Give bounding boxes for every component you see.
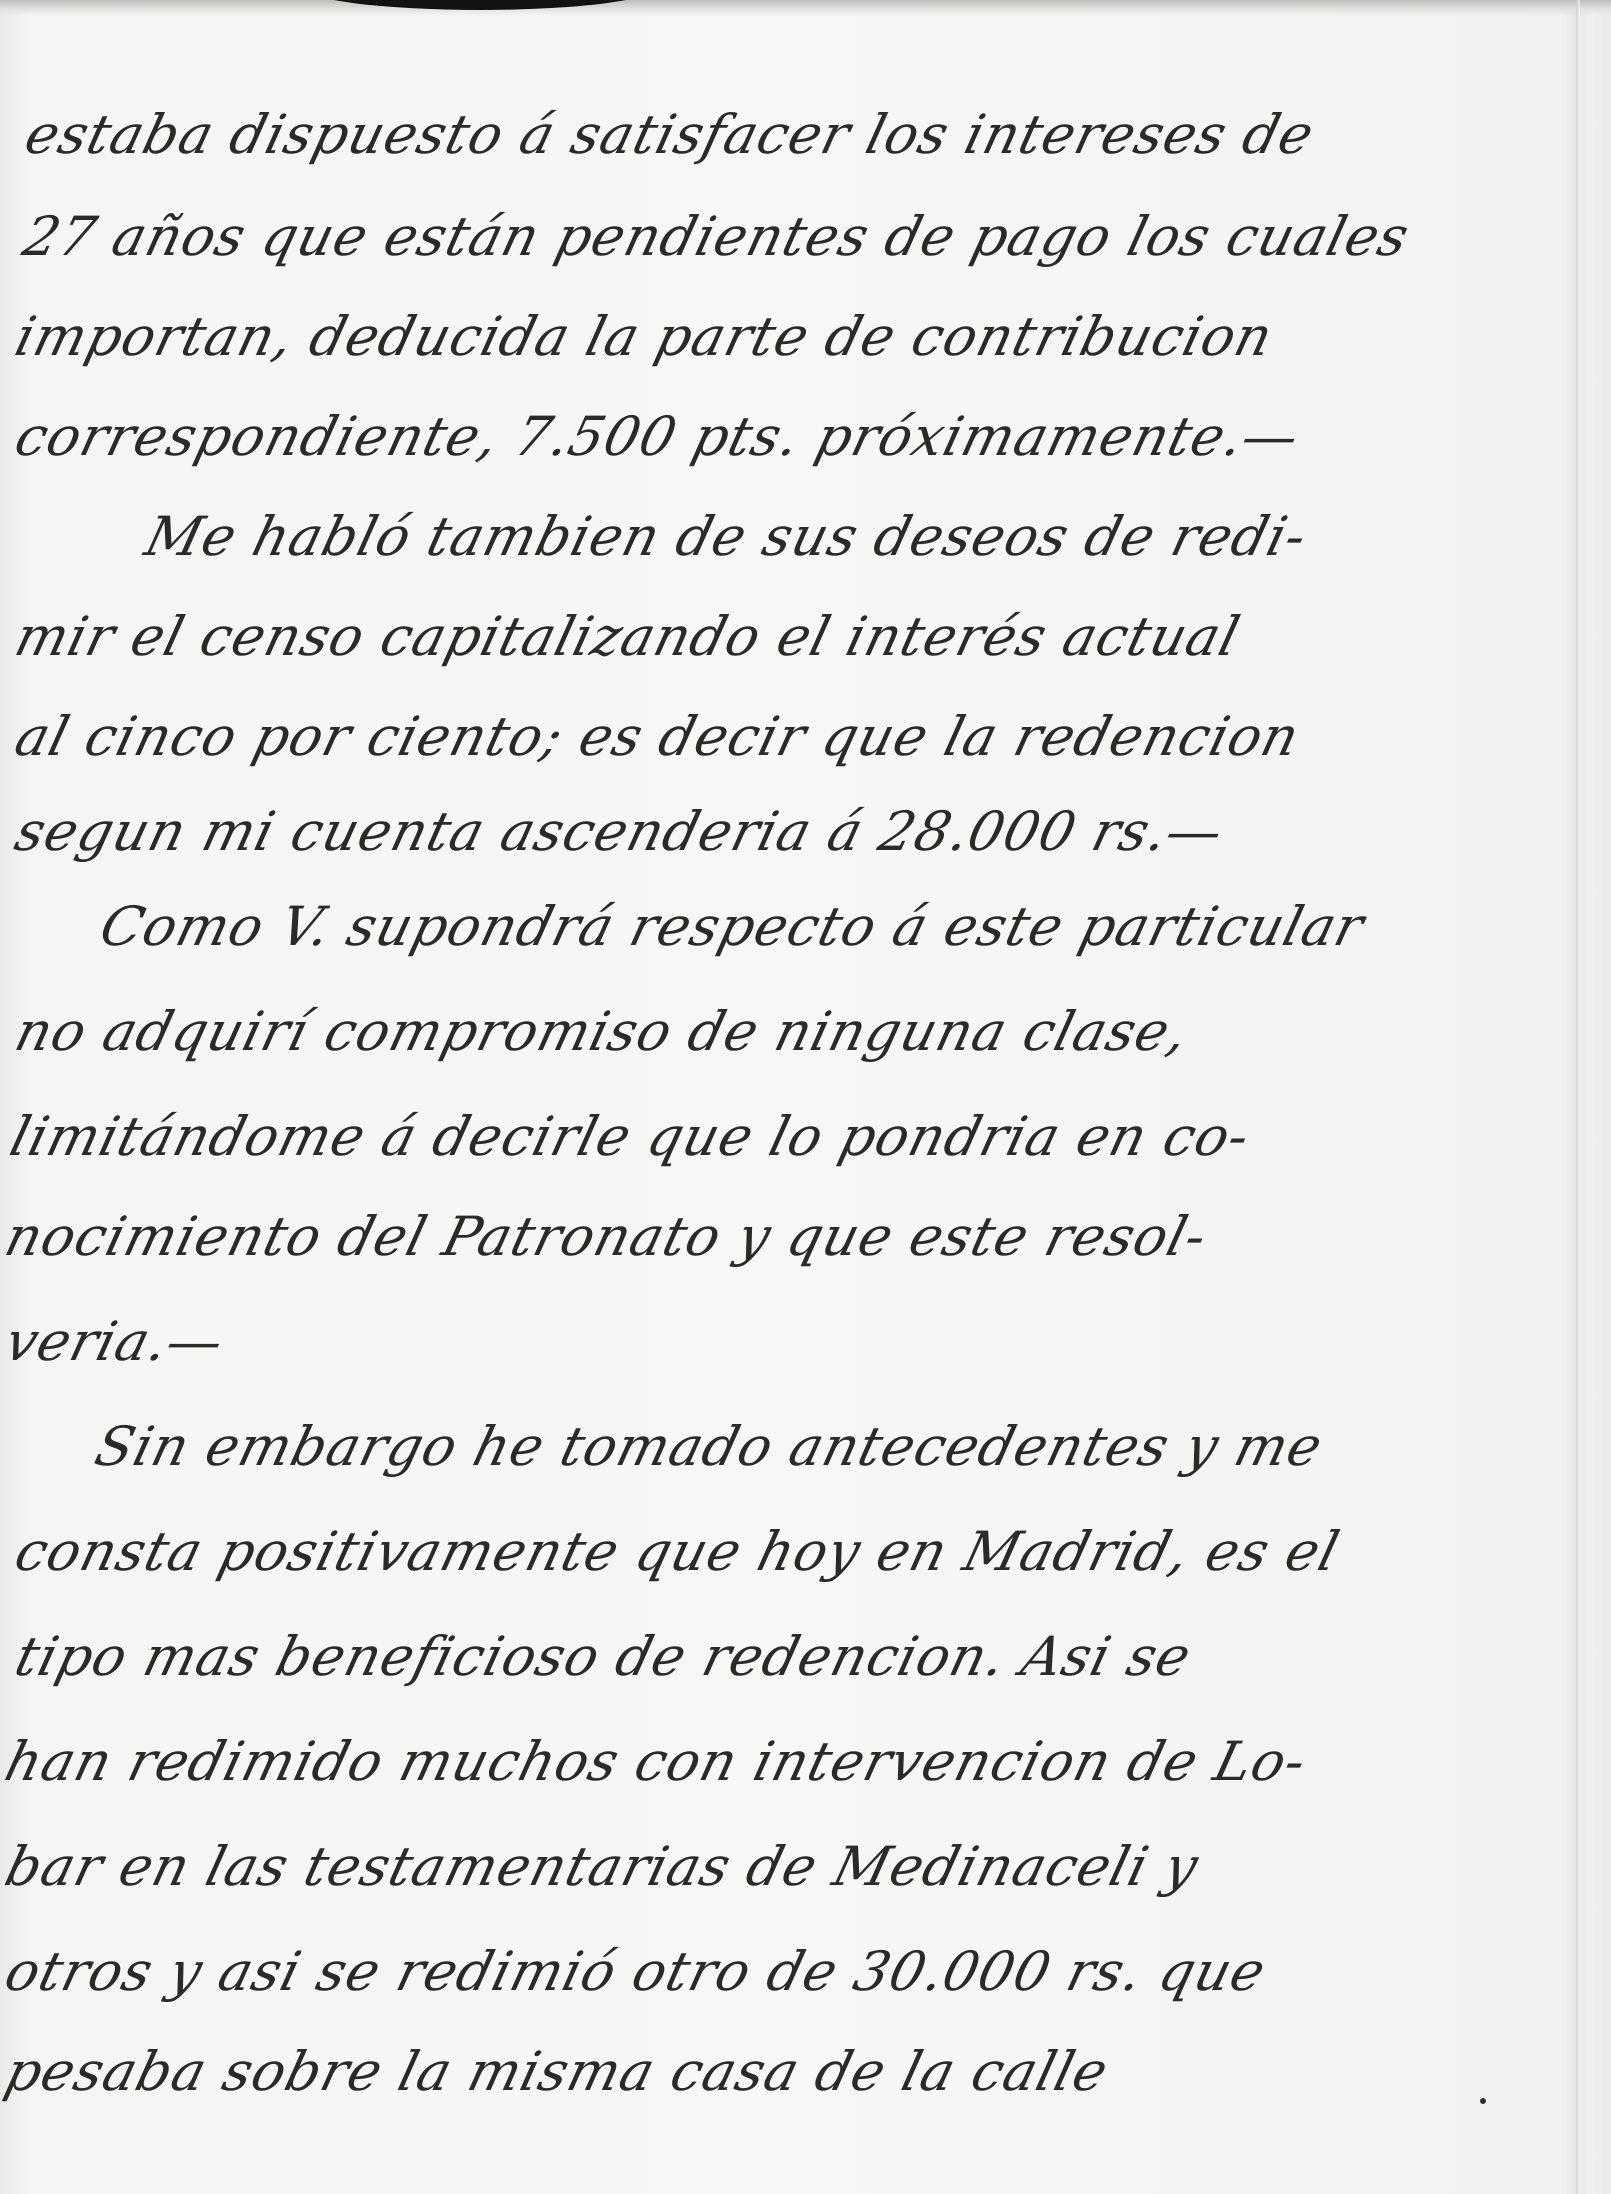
page-top-edge [0,0,1611,16]
handwritten-line-15: consta positivamente que hoy en Madrid, … [10,1525,1345,1579]
handwritten-line-1: estaba dispuesto á satisfacer los intere… [20,108,1319,162]
handwritten-line-5: Me habló tambien de sus deseos de redi- [140,510,1312,564]
handwritten-line-8: segun mi cuenta ascenderia á 28.000 rs.— [10,805,1229,859]
handwritten-line-6: mir el censo capitalizando el interés ac… [10,610,1245,664]
handwritten-line-20: pesaba sobre la misma casa de la calle [0,2045,1114,2099]
handwritten-line-3: importan, deducida la parte de contribuc… [10,310,1278,364]
handwritten-line-13: veria.— [0,1315,229,1369]
handwritten-line-11: limitándome á decirle que lo pondria en … [5,1110,1255,1164]
ink-speck [1480,2098,1486,2104]
handwritten-line-10: no adquirí compromiso de ninguna clase, [10,1005,1194,1059]
handwritten-line-12: nocimiento del Patronato y que este reso… [0,1210,1212,1264]
handwritten-line-18: bar en las testamentarias de Medinaceli … [0,1840,1204,1894]
handwritten-line-19: otros y asi se redimió otro de 30.000 rs… [0,1945,1271,1999]
handwritten-line-7: al cinco por ciento; es decir que la red… [10,710,1305,764]
page-fold-line [1576,0,1580,2194]
handwritten-line-2: 27 años que están pendientes de pago los… [18,210,1415,264]
handwritten-line-4: correspondiente, 7.500 pts. próximamente… [10,410,1305,464]
handwritten-line-9: Como V. supondrá respecto á este particu… [95,900,1369,954]
handwritten-line-16: tipo mas beneficioso de redencion. Asi s… [10,1630,1197,1684]
handwritten-line-14: Sin embargo he tomado antecedentes y me [90,1420,1328,1474]
letter-page: estaba dispuesto á satisfacer los intere… [0,0,1611,2194]
handwritten-line-17: han redimido muchos con intervencion de … [0,1735,1312,1789]
